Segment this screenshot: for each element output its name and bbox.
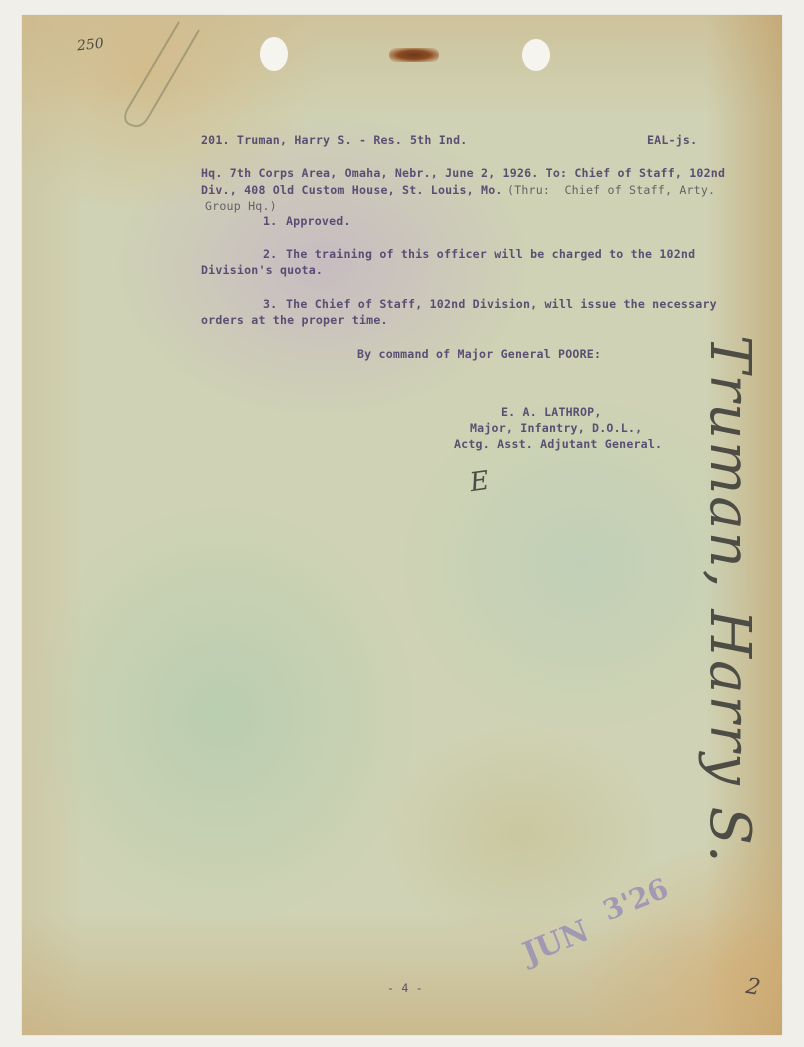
address-line-2: Div., 408 Old Custom House, St. Louis, M… — [201, 183, 503, 197]
signature-rank: Major, Infantry, D.O.L., — [470, 421, 642, 435]
paperclip-impression — [117, 20, 207, 130]
document-page: 250 201. Truman, Harry S. - Res. 5th Ind… — [22, 15, 782, 1035]
page-number: - 4 - — [387, 981, 423, 995]
signature-title: Actg. Asst. Adjutant General. — [454, 437, 662, 451]
indorsement-number: 5th Ind. — [410, 133, 467, 147]
paragraph-2-line-2: Division's quota. — [201, 263, 323, 277]
typist-initials: EAL-js. — [647, 133, 697, 147]
paragraph-2-number: 2. — [263, 247, 277, 261]
punch-hole-right — [522, 39, 550, 71]
paragraph-3-line-1: The Chief of Staff, 102nd Division, will… — [286, 297, 717, 311]
address-thru: (Thru: Chief of Staff, Arty. — [507, 183, 715, 197]
address-line-3: Group Hq.) — [205, 199, 277, 213]
paragraph-1-text: Approved. — [286, 214, 351, 228]
paragraph-3-line-2: orders at the proper time. — [201, 313, 388, 327]
date-stamp-day-year: 3'26 — [598, 872, 673, 928]
pencil-note-top-left: 250 — [76, 36, 104, 55]
paragraph-1-number: 1. — [263, 214, 277, 228]
rusted-staple-mark — [389, 48, 439, 62]
signature-name: E. A. LATHROP, — [501, 405, 602, 419]
command-line: By command of Major General POORE: — [357, 347, 601, 361]
pencil-initial-mark: E — [468, 466, 491, 498]
paragraph-2-line-1: The training of this officer will be cha… — [286, 247, 695, 261]
file-reference: 201. Truman, Harry S. - Res. — [201, 133, 402, 147]
margin-handwritten-name: Truman, Harry S. — [697, 335, 762, 865]
pencil-mark-bottom-right: 2 — [744, 974, 762, 1001]
paragraph-3-number: 3. — [263, 297, 277, 311]
date-stamp-month: JUN — [518, 914, 594, 972]
punch-hole-left — [260, 37, 288, 71]
address-line-1: Hq. 7th Corps Area, Omaha, Nebr., June 2… — [201, 166, 725, 180]
